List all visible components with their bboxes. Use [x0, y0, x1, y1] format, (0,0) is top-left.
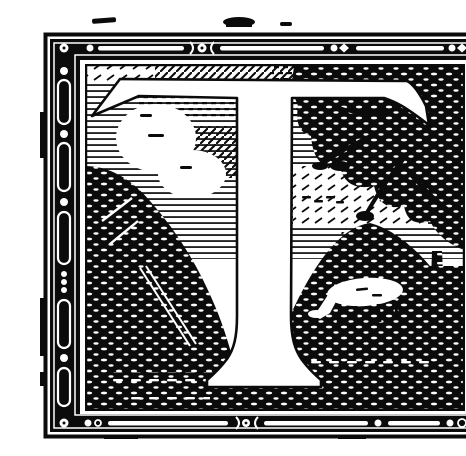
woodcut-engraving [40, 16, 466, 440]
woodcut-initial-block: T [40, 16, 466, 440]
landscape-scene [85, 63, 466, 412]
